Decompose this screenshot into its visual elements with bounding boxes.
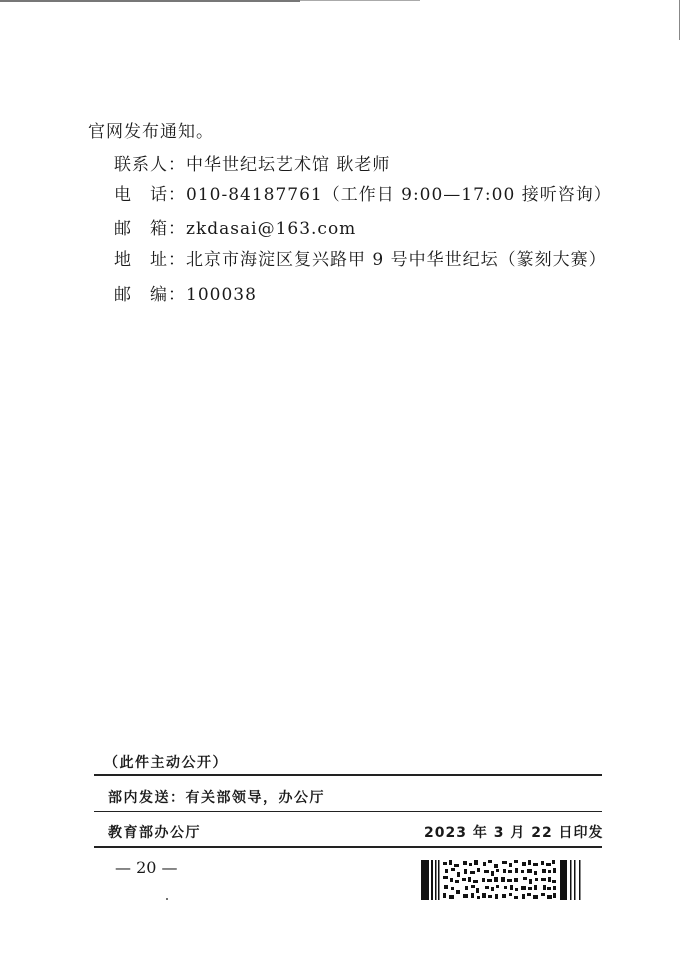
contact-address-value: 北京市海淀区复兴路甲 9 号中华世纪坛（篆刻大赛） [186, 250, 607, 270]
contact-address-label: 地 址： [114, 248, 186, 272]
contact-phone-value: 010-84187761（工作日 9:00—17:00 接听咨询） [186, 185, 612, 205]
issuer: 教育部办公厅 [108, 822, 201, 842]
contact-postcode-value: 100038 [186, 285, 257, 305]
contact-email: 邮 箱：zkdasai@163.com [114, 217, 356, 241]
contact-phone-label: 电 话： [114, 183, 186, 207]
disclosure-note: （此件主动公开） [104, 752, 228, 772]
footer-rule-top [94, 774, 602, 776]
contact-person: 联系人：中华世纪坛艺术馆 耿老师 [114, 153, 390, 177]
contact-email-label: 邮 箱： [114, 217, 186, 241]
contact-postcode-label: 邮 编： [114, 283, 186, 307]
contact-email-value: zkdasai@163.com [186, 219, 356, 239]
internal-distribution: 部内发送：有关部领导，办公厅 [108, 787, 325, 807]
contact-person-value: 中华世纪坛艺术馆 耿老师 [186, 155, 390, 175]
contact-person-label: 联系人： [114, 153, 186, 177]
intro-end-text: 官网发布通知。 [88, 120, 214, 144]
scan-edge-line [300, 0, 420, 1]
contact-phone: 电 话：010-84187761（工作日 9:00—17:00 接听咨询） [114, 183, 612, 207]
footer-rule-middle [94, 811, 602, 812]
contact-postcode: 邮 编：100038 [114, 283, 257, 307]
contact-address: 地 址：北京市海淀区复兴路甲 9 号中华世纪坛（篆刻大赛） [114, 248, 607, 272]
scan-speck [166, 898, 168, 900]
print-date: 2023 年 3 月 22 日印发 [424, 822, 604, 842]
barcode-icon [421, 860, 586, 900]
scan-speck [124, 232, 125, 233]
footer-rule-bottom [94, 846, 602, 848]
scan-edge-line [0, 0, 300, 2]
page-number: — 20 — [115, 858, 178, 877]
